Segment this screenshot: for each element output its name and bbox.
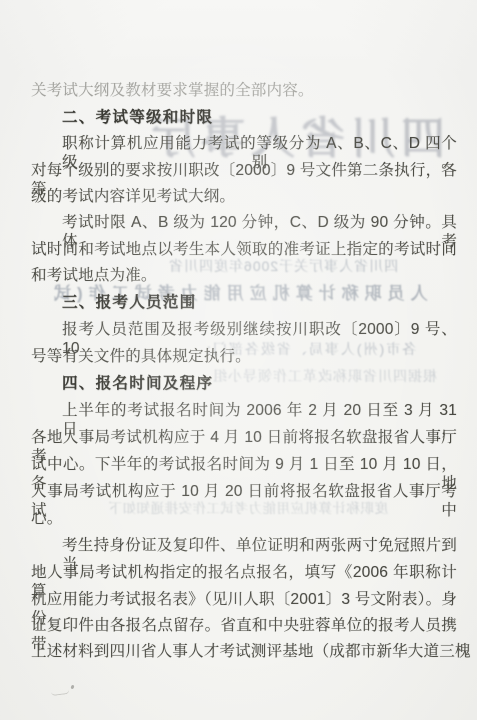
text-line: 和考试地点为准。 xyxy=(31,266,457,285)
section-heading-2: 二、考试等级和时限 xyxy=(62,108,213,127)
text-line: 心。 xyxy=(31,509,457,528)
section-heading-4: 四、报名时间及程序 xyxy=(62,374,213,393)
text-line-continuation: 关考试大纲及教材要求掌握的全部内容。 xyxy=(31,81,457,100)
text-line: 试时间和考试地点以考生本人领取的准考证上指定的考试时间 xyxy=(31,240,457,259)
scan-artifact-mark xyxy=(51,686,70,696)
section-heading-3: 三、报考人员范围 xyxy=(62,293,196,312)
text-line: 上述材料到四川省人事人才考试测评基地（成都市新华大道三槐 xyxy=(31,642,457,661)
text-line: 级的考试内容详见考试大纲。 xyxy=(31,187,457,206)
text-line: 号等有关文件的具体规定执行。 xyxy=(31,347,457,366)
scan-artifact-dot xyxy=(70,685,74,690)
scanned-document-page: 四川省人事厅 四川省人事厅关于2006年度四川省 人员职称计算机应用能力考试工作… xyxy=(0,0,477,720)
bleedthrough-line: 根据四川省职称改革工作领导小组 xyxy=(212,366,437,386)
